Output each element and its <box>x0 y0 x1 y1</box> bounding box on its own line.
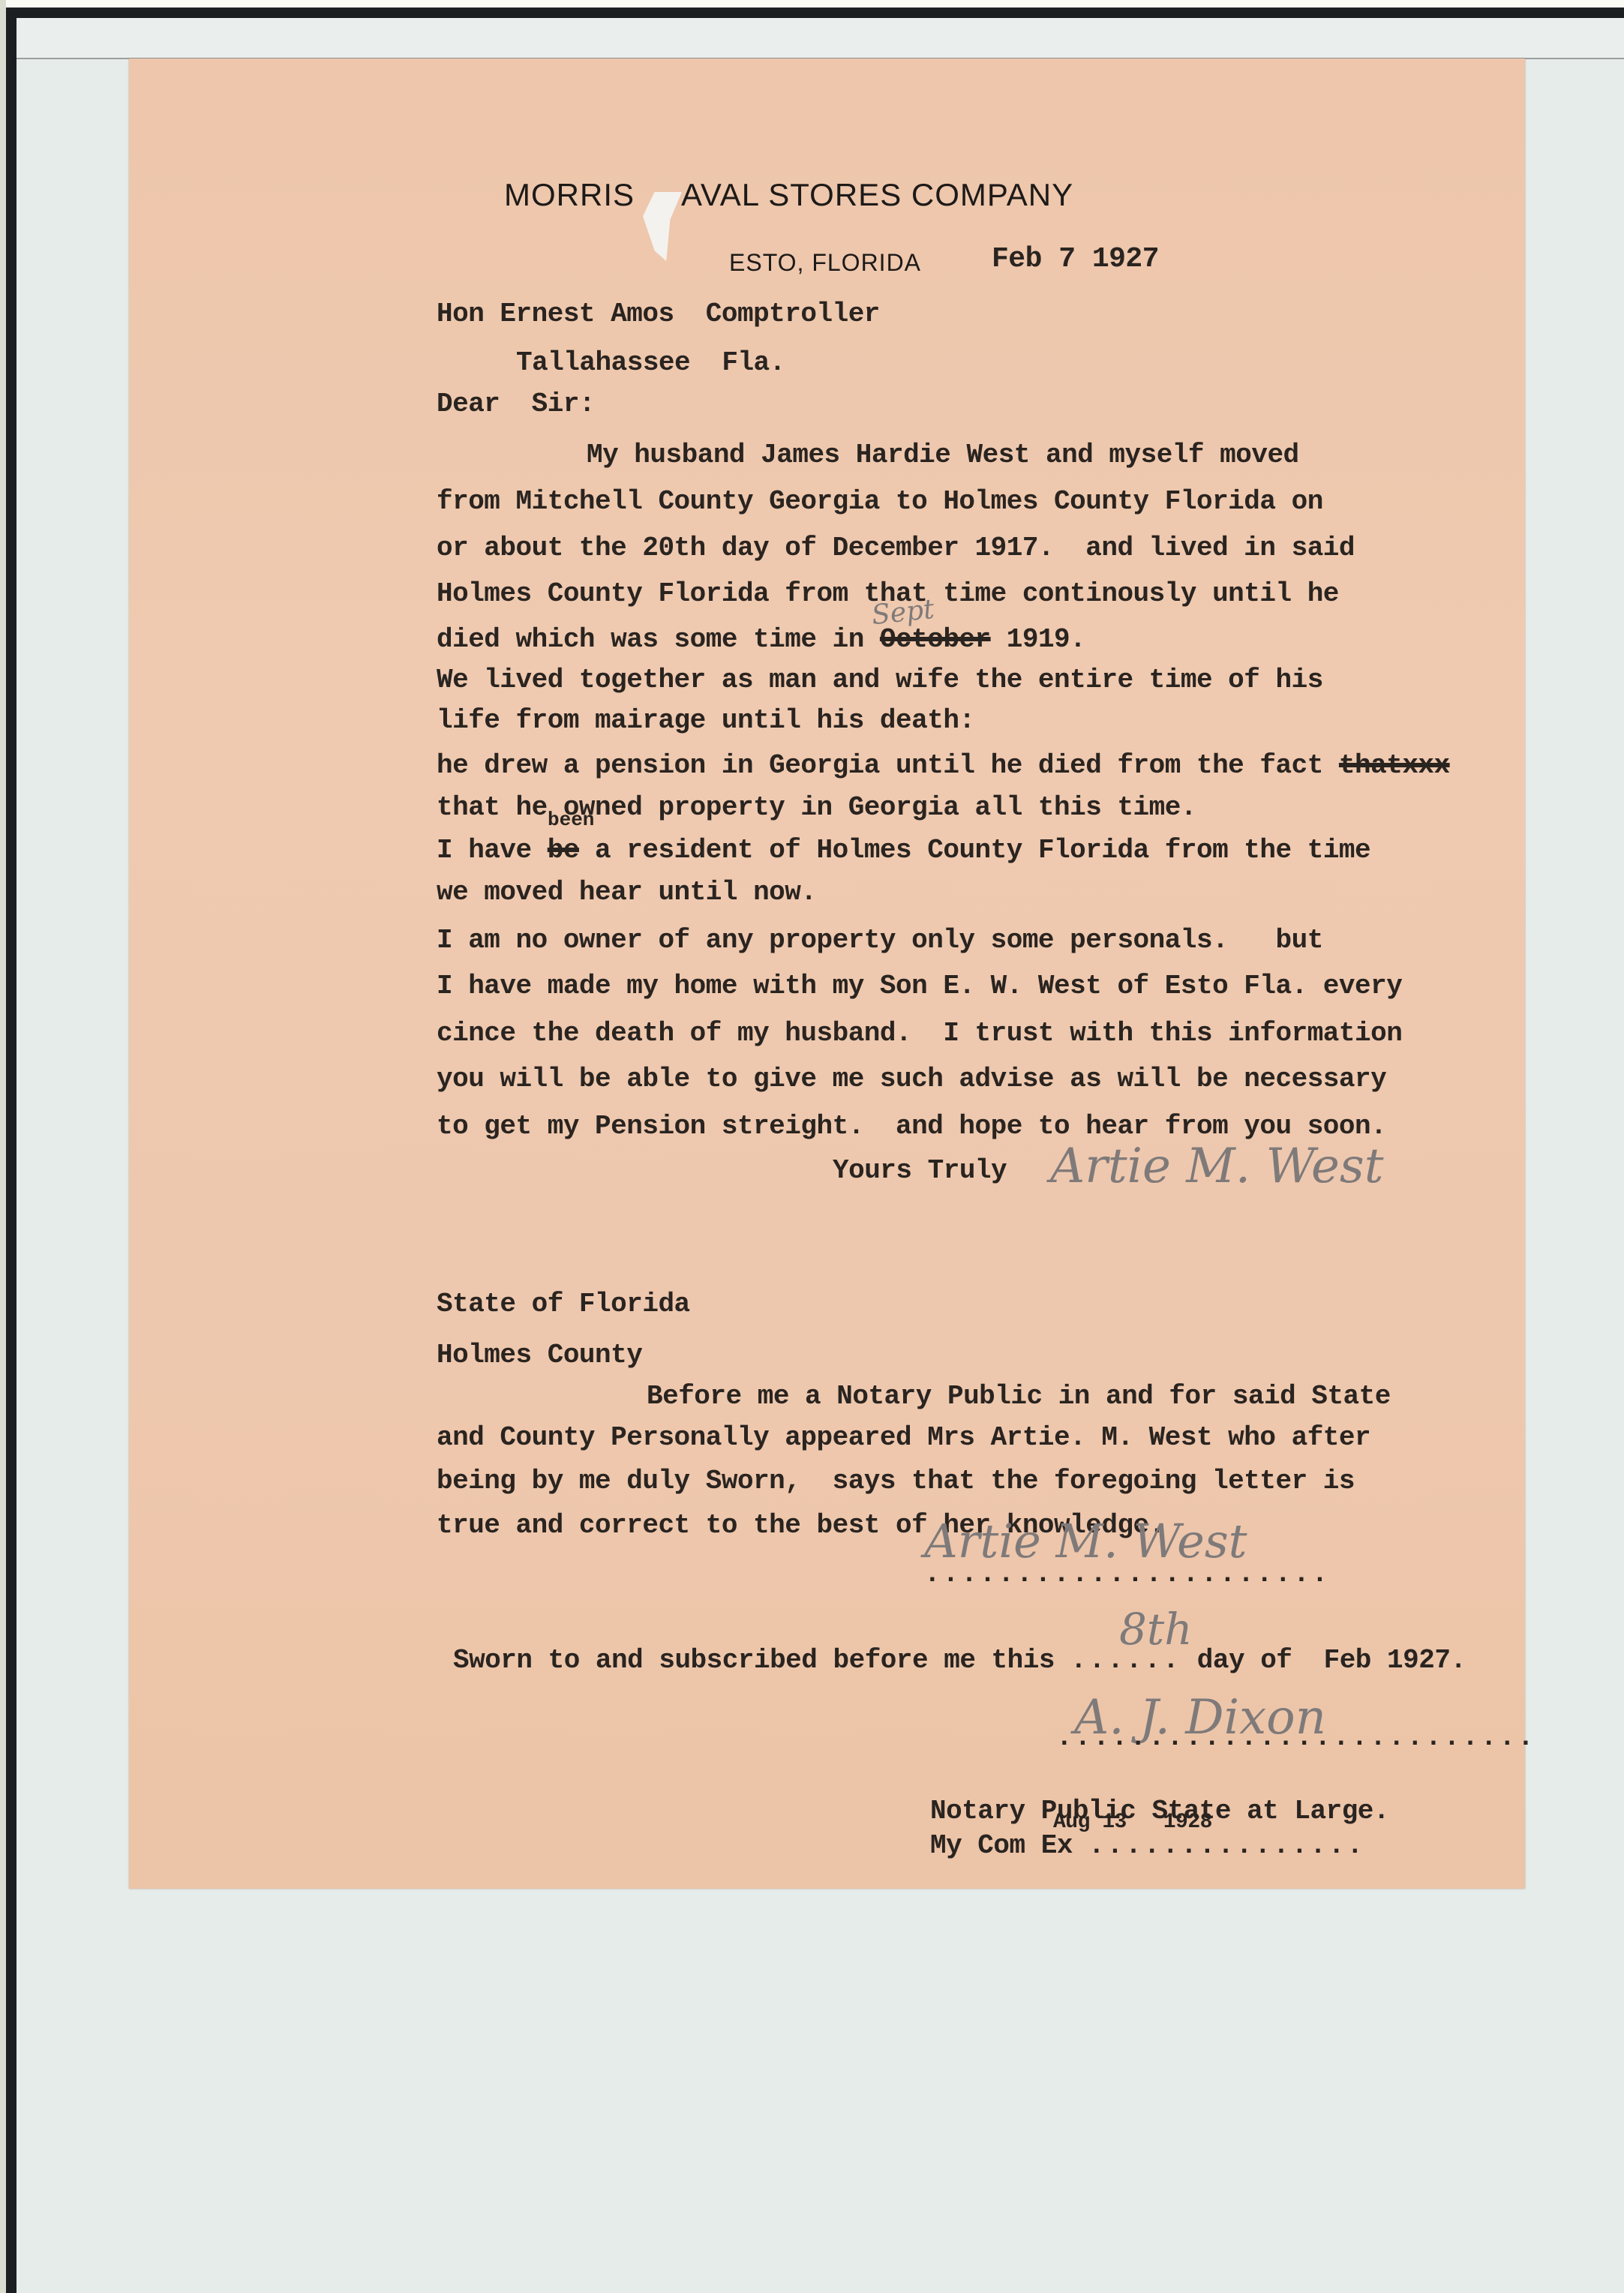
affidavit-line: and County Personally appeared Mrs Artie… <box>437 1422 1370 1453</box>
letter-signature: Artie M. West <box>1050 1139 1383 1194</box>
body-line: We lived together as man and wife the en… <box>437 665 1323 695</box>
body-line: I am no owner of any property only some … <box>437 925 1323 956</box>
company-name-left: MORRIS <box>504 177 635 212</box>
frame-border-top <box>6 8 1624 18</box>
body-line: we moved hear until now. <box>437 877 816 908</box>
sworn-day-handwritten: 8th <box>1119 1604 1193 1655</box>
affidavit-line: Before me a Notary Public in and for sai… <box>647 1381 1391 1412</box>
body-line-text: 1919. <box>991 624 1086 655</box>
letterhead-location: ESTO, FLORIDA <box>729 249 921 277</box>
body-line: cince the death of my husband. I trust w… <box>437 1018 1402 1049</box>
company-name-right: AVAL STORES COMPANY <box>681 177 1073 212</box>
sworn-statement: Sworn to and subscribed before me this .… <box>453 1645 1466 1676</box>
mount-board-top <box>17 18 1624 59</box>
body-line: from Mitchell County Georgia to Holmes C… <box>437 486 1323 517</box>
letter-page: MORRISAVAL STORES COMPANY ESTO, FLORIDA … <box>129 59 1525 1889</box>
body-line-text: a resident of Holmes County Florida from… <box>579 835 1370 866</box>
body-line-text: I have <box>437 835 548 866</box>
body-line: I have made my home with my Son E. W. We… <box>437 971 1402 1001</box>
handwritten-correction-month: Sept <box>870 594 935 632</box>
commission-date: Aug 13 1928 <box>1053 1811 1212 1834</box>
struck-text: be <box>548 835 579 866</box>
salutation: Dear Sir: <box>437 389 595 419</box>
recipient-line-1: Hon Ernest Amos Comptroller <box>437 299 880 329</box>
affidavit-county: Holmes County <box>437 1340 642 1370</box>
body-line-text: he drew a pension in Georgia until he di… <box>437 750 1339 781</box>
body-line: died which was some time in October 1919… <box>437 624 1085 655</box>
body-line: life from mairage until his death: <box>437 705 975 736</box>
commission-prefix: My Com Ex <box>930 1830 1088 1861</box>
company-letterhead: MORRISAVAL STORES COMPANY <box>504 177 1073 213</box>
frame-border-left <box>6 8 17 2293</box>
body-line: you will be able to give me such advise … <box>437 1064 1386 1094</box>
sworn-prefix: Sworn to and subscribed before me this <box>453 1645 1070 1676</box>
struck-text: thatxxx <box>1339 750 1450 781</box>
affidavit-line: being by me duly Sworn, says that the fo… <box>437 1466 1355 1496</box>
affidavit-state: State of Florida <box>437 1289 690 1319</box>
closing: Yours Truly <box>833 1155 1007 1186</box>
inserted-word: been <box>548 809 594 831</box>
scan-edge <box>0 0 6 2293</box>
body-line: I have be a resident of Holmes County Fl… <box>437 835 1370 866</box>
body-line: My husband James Hardie West and myself … <box>587 440 1299 470</box>
scan-top-edge <box>6 0 1624 8</box>
body-line: or about the 20th day of December 1917. … <box>437 533 1355 563</box>
recipient-line-2: Tallahassee Fla. <box>516 347 785 378</box>
struck-text: October <box>880 624 991 655</box>
sworn-suffix: day of Feb 1927. <box>1181 1645 1466 1676</box>
body-line: he drew a pension in Georgia until he di… <box>437 750 1450 781</box>
commission-expiry: My Com Ex ............... <box>930 1830 1365 1861</box>
letter-date: Feb 7 1927 <box>992 243 1159 275</box>
body-line: to get my Pension streight. and hope to … <box>437 1111 1386 1142</box>
notary-signature-line: .......................... <box>1056 1722 1536 1753</box>
affiant-signature-line: ...................... <box>924 1559 1330 1589</box>
body-line-text: died which was some time in <box>437 624 880 655</box>
commission-blank: ............... <box>1088 1830 1365 1861</box>
